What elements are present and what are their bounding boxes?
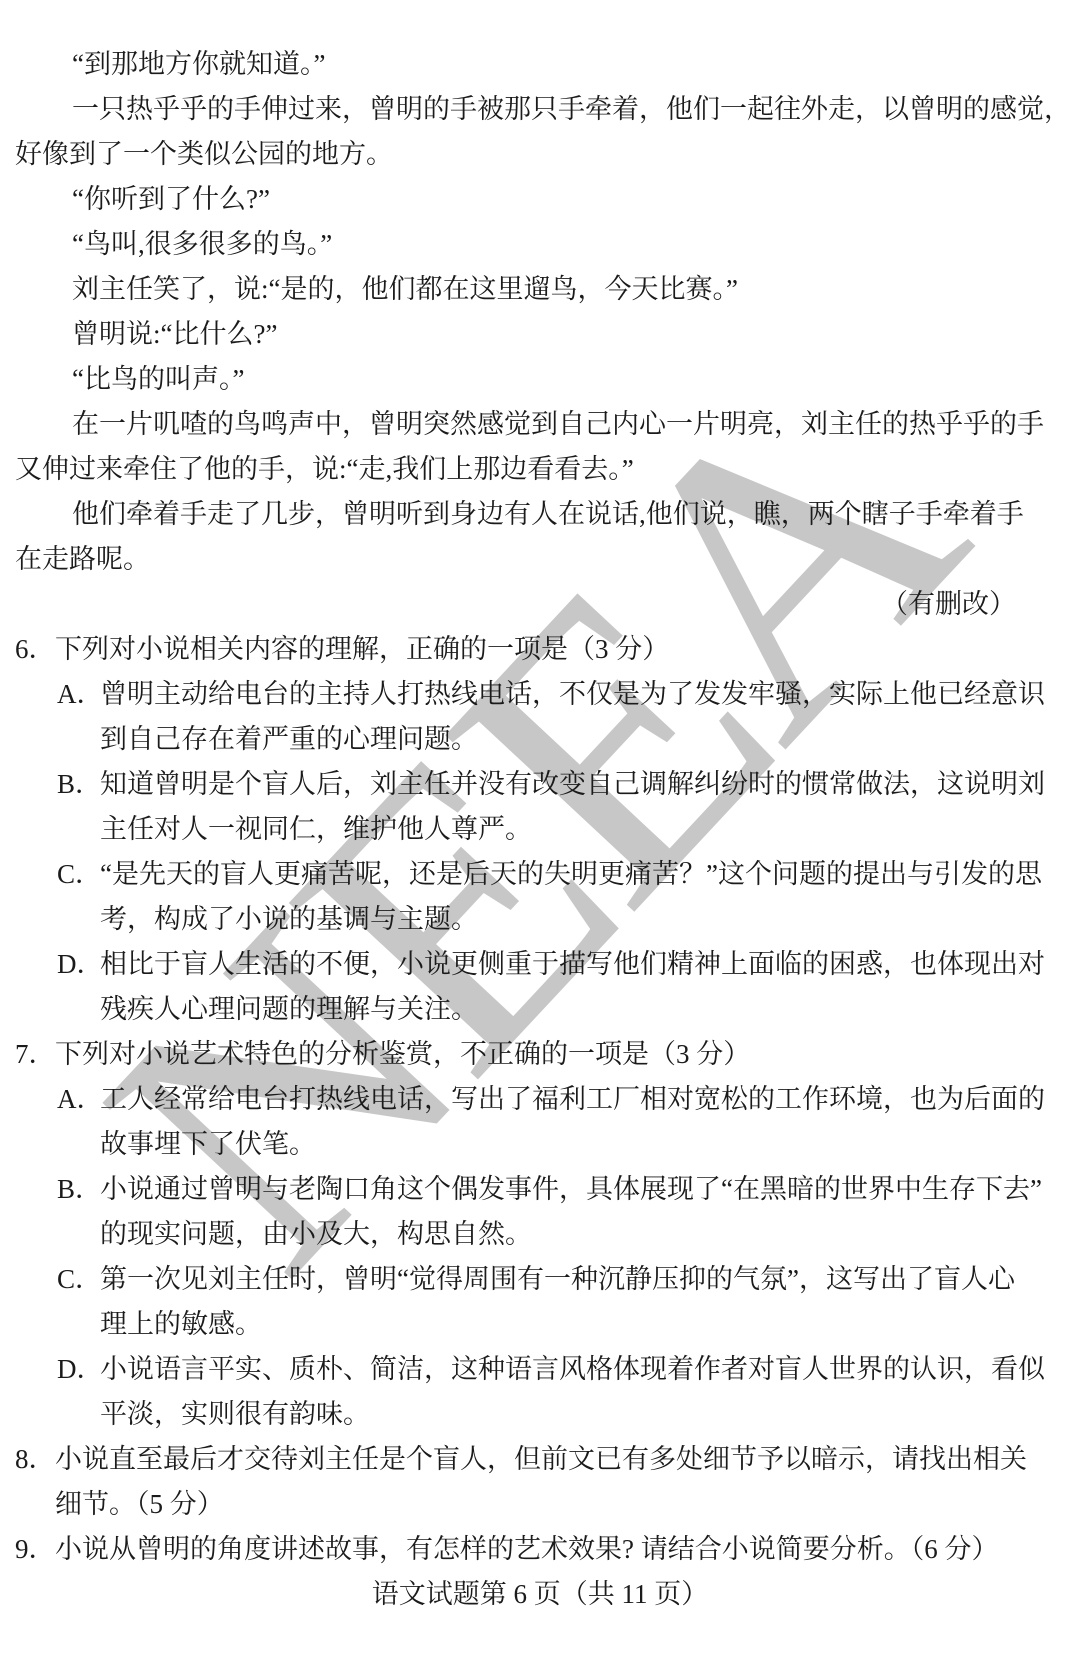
option-c-text: “是先天的盲人更痛苦呢，还是后天的失明更痛苦？”这个问题的提出与引发的思 <box>100 859 1042 889</box>
question-6-option-c-continuation: 考，构成了小说的基调与主题。 <box>0 897 1080 942</box>
option-a-text: 曾明主动给电台的主持人打热线电话，不仅是为了发发牢骚，实际上他已经意识 <box>100 679 1045 709</box>
question-6-option-d: D．相比于盲人生活的不便，小说更侧重于描写他们精神上面临的困惑，也体现出对 <box>0 942 1080 987</box>
question-6-option-d-continuation: 残疾人心理问题的理解与关注。 <box>0 987 1080 1032</box>
option-b-text: 小说通过曾明与老陶口角这个偶发事件，具体展现了“在黑暗的世界中生存下去” <box>100 1174 1042 1204</box>
passage-line: 在走路呢。 <box>0 537 1080 582</box>
question-8-number: 8． <box>15 1437 55 1482</box>
passage-line: 好像到了一个类似公园的地方。 <box>0 132 1080 177</box>
passage-line: 一只热乎乎的手伸过来，曾明的手被那只手牵着，他们一起往外走，以曾明的感觉， <box>0 87 1080 132</box>
question-7-option-a: A．工人经常给电台打热线电话，写出了福利工厂相对宽松的工作环境，也为后面的 <box>0 1077 1080 1122</box>
question-6-option-c: C．“是先天的盲人更痛苦呢，还是后天的失明更痛苦？”这个问题的提出与引发的思 <box>0 852 1080 897</box>
question-6-text: 下列对小说相关内容的理解，正确的一项是（3 分） <box>55 634 669 664</box>
option-a-label: A． <box>57 1077 100 1122</box>
exam-page: NEEA “到那地方你就知道。” 一只热乎乎的手伸过来，曾明的手被那只手牵着，他… <box>0 0 1080 1663</box>
question-7-option-b-continuation: 的现实问题，由小及大，构思自然。 <box>0 1212 1080 1257</box>
option-b-text: 知道曾明是个盲人后，刘主任并没有改变自己调解纠纷时的惯常做法，这说明刘 <box>100 769 1045 799</box>
passage-line: 又伸过来牵住了他的手，说:“走,我们上那边看看去。” <box>0 447 1080 492</box>
option-b-label: B． <box>57 1167 100 1212</box>
option-d-label: D． <box>57 942 100 987</box>
option-d-text: 相比于盲人生活的不便，小说更侧重于描写他们精神上面临的困惑，也体现出对 <box>100 949 1045 979</box>
question-7-option-c: C．第一次见刘主任时，曾明“觉得周围有一种沉静压抑的气氛”，这写出了盲人心 <box>0 1257 1080 1302</box>
question-7-stem: 7．下列对小说艺术特色的分析鉴赏，不正确的一项是（3 分） <box>0 1032 1080 1077</box>
question-6-stem: 6．下列对小说相关内容的理解，正确的一项是（3 分） <box>0 627 1080 672</box>
question-8-stem: 8．小说直至最后才交待刘主任是个盲人，但前文已有多处细节予以暗示，请找出相关 <box>0 1437 1080 1482</box>
question-8-text: 小说直至最后才交待刘主任是个盲人，但前文已有多处细节予以暗示，请找出相关 <box>55 1444 1027 1474</box>
question-9-number: 9． <box>15 1527 55 1572</box>
passage-line: 他们牵着手走了几步，曾明听到身边有人在说话,他们说，瞧，两个瞎子手牵着手 <box>0 492 1080 537</box>
question-7-option-c-continuation: 理上的敏感。 <box>0 1302 1080 1347</box>
option-c-label: C． <box>57 852 100 897</box>
question-7-text: 下列对小说艺术特色的分析鉴赏，不正确的一项是（3 分） <box>55 1039 750 1069</box>
passage-line: “鸟叫,很多很多的鸟。” <box>0 222 1080 267</box>
option-a-text: 工人经常给电台打热线电话，写出了福利工厂相对宽松的工作环境，也为后面的 <box>100 1084 1045 1114</box>
passage-line: 曾明说:“比什么?” <box>0 312 1080 357</box>
passage-line: “比鸟的叫声。” <box>0 357 1080 402</box>
question-7-option-d-continuation: 平淡，实则很有韵味。 <box>0 1392 1080 1437</box>
passage-attribution: （有删改） <box>0 582 1080 627</box>
question-7-option-a-continuation: 故事埋下了伏笔。 <box>0 1122 1080 1167</box>
question-7-option-b: B．小说通过曾明与老陶口角这个偶发事件，具体展现了“在黑暗的世界中生存下去” <box>0 1167 1080 1212</box>
question-6-option-a-continuation: 到自己存在着严重的心理问题。 <box>0 717 1080 762</box>
option-c-text: 第一次见刘主任时，曾明“觉得周围有一种沉静压抑的气氛”，这写出了盲人心 <box>100 1264 1015 1294</box>
option-c-label: C． <box>57 1257 100 1302</box>
question-9-stem: 9．小说从曾明的角度讲述故事，有怎样的艺术效果? 请结合小说简要分析。（6 分） <box>0 1527 1080 1572</box>
page-footer: 语文试题第 6 页（共 11 页） <box>0 1572 1080 1617</box>
question-6-option-a: A．曾明主动给电台的主持人打热线电话，不仅是为了发发牢骚，实际上他已经意识 <box>0 672 1080 717</box>
passage-line: “到那地方你就知道。” <box>0 42 1080 87</box>
question-6-option-b: B．知道曾明是个盲人后，刘主任并没有改变自己调解纠纷时的惯常做法，这说明刘 <box>0 762 1080 807</box>
option-b-label: B． <box>57 762 100 807</box>
option-d-text: 小说语言平实、质朴、简洁，这种语言风格体现着作者对盲人世界的认识，看似 <box>100 1354 1045 1384</box>
question-6-number: 6． <box>15 627 55 672</box>
passage-line: “你听到了什么?” <box>0 177 1080 222</box>
question-9-text: 小说从曾明的角度讲述故事，有怎样的艺术效果? 请结合小说简要分析。（6 分） <box>55 1534 998 1564</box>
question-7-number: 7． <box>15 1032 55 1077</box>
option-d-label: D． <box>57 1347 100 1392</box>
page-content: “到那地方你就知道。” 一只热乎乎的手伸过来，曾明的手被那只手牵着，他们一起往外… <box>0 0 1080 1617</box>
option-a-label: A． <box>57 672 100 717</box>
passage-line: 刘主任笑了，说:“是的，他们都在这里遛鸟，今天比赛。” <box>0 267 1080 312</box>
passage-line: 在一片叽喳的鸟鸣声中，曾明突然感觉到自己内心一片明亮，刘主任的热乎乎的手 <box>0 402 1080 447</box>
question-8-continuation: 细节。（5 分） <box>0 1482 1080 1527</box>
question-6-option-b-continuation: 主任对人一视同仁，维护他人尊严。 <box>0 807 1080 852</box>
question-7-option-d: D．小说语言平实、质朴、简洁，这种语言风格体现着作者对盲人世界的认识，看似 <box>0 1347 1080 1392</box>
